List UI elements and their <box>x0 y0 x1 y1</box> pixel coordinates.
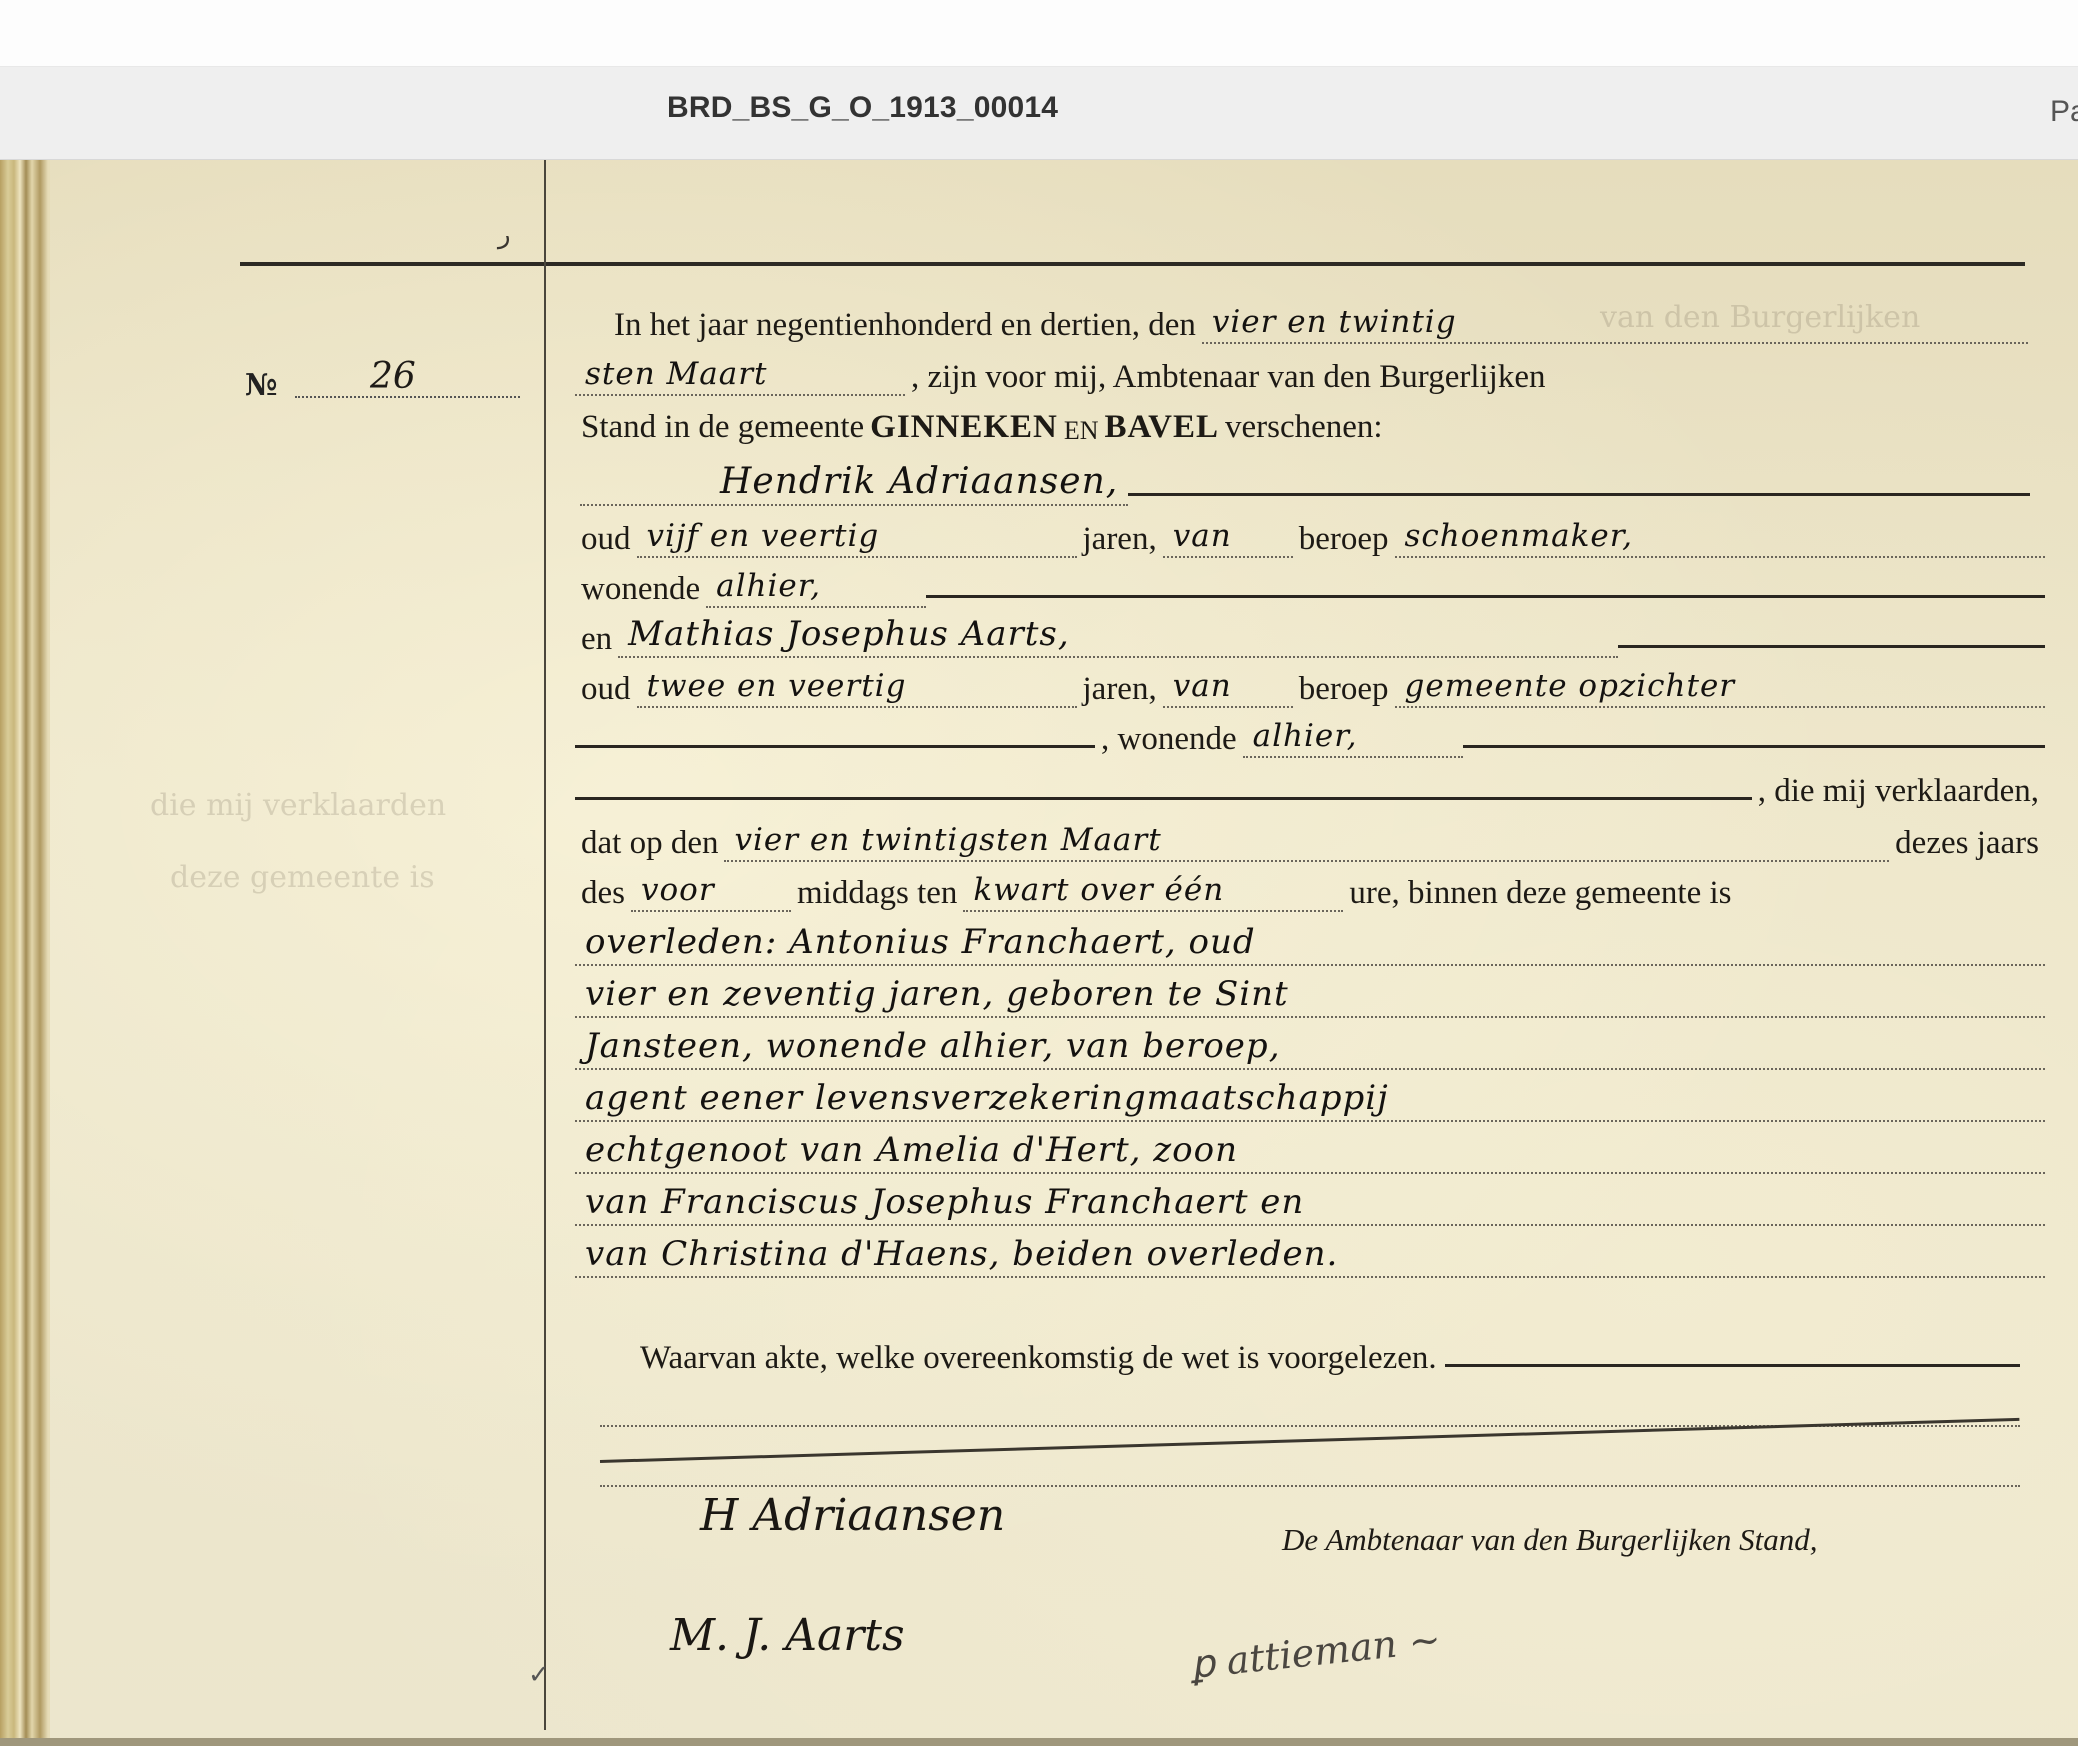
document-viewer[interactable]: van den Burgerlijken die mij verklaarden… <box>0 160 2078 1746</box>
text-line-13: overleden: Antonius Franchaert, oud <box>575 920 2045 966</box>
handwritten-text: van <box>1163 518 1293 558</box>
text-line-6: wonende alhier, <box>575 562 2045 608</box>
record-number-label: № <box>245 368 278 403</box>
fill-rule <box>1445 1363 2020 1367</box>
printed-text: , die mij verklaarden, <box>1752 773 2045 810</box>
printed-text: , zijn voor mij, Ambtenaar van den Burge… <box>905 359 1552 396</box>
fill-rule <box>1618 644 2045 648</box>
municipality-name: GINNEKEN <box>870 409 1058 446</box>
printed-text: oud <box>575 671 637 708</box>
closing-statement: Waarvan akte, welke overeenkomstig de we… <box>640 1340 2020 1377</box>
column-divider <box>544 160 546 1730</box>
dotted-rule <box>600 1485 2020 1487</box>
printed-text: In het jaar negentienhonderd en dertien,… <box>608 307 1202 344</box>
handwritten-text: vier en zeventig jaren, geboren te Sint <box>575 974 2045 1018</box>
printed-text: dezes jaars <box>1889 825 2045 862</box>
text-line-1: In het jaar negentienhonderd en dertien,… <box>608 298 2028 344</box>
printed-text: EN <box>1058 416 1105 446</box>
handwritten-text: Jansteen, wonende alhier, van beroep, <box>575 1026 2045 1070</box>
handwritten-residence: alhier, <box>1243 718 1463 758</box>
scanned-page: van den Burgerlijken die mij verklaarden… <box>0 160 2078 1746</box>
printed-text: ure, binnen deze gemeente is <box>1343 875 1737 912</box>
handwritten-text: voor <box>631 872 791 912</box>
printed-text: Waarvan akte, welke overeenkomstig de we… <box>640 1340 1437 1377</box>
text-line-18: van Franciscus Josephus Franchaert en <box>575 1180 2045 1226</box>
text-line-3: Stand in de gemeente GINNEKEN EN BAVEL v… <box>575 400 2045 446</box>
text-line-2: sten Maart , zijn voor mij, Ambtenaar va… <box>575 350 2045 396</box>
handwritten-declarant-2: Mathias Josephus Aarts, <box>618 614 1618 658</box>
handwritten-month: sten Maart <box>575 356 905 396</box>
handwritten-text: van Franciscus Josephus Franchaert en <box>575 1182 2045 1226</box>
text-line-12: des voor middags ten kwart over één ure,… <box>575 866 2045 912</box>
text-line-17: echtgenoot van Amelia d'Hert, zoon <box>575 1128 2045 1174</box>
text-line-16: agent eener levensverzekeringmaatschappi… <box>575 1076 2045 1122</box>
signature-declarant-2: M. J. Aarts <box>670 1610 905 1661</box>
handwritten-declarant-1: Hendrik Adriaansen, <box>580 461 1128 506</box>
text-line-19: van Christina d'Haens, beiden overleden. <box>575 1232 2045 1278</box>
printed-text: Stand in de gemeente <box>575 409 870 446</box>
fill-rule <box>1463 744 2045 748</box>
handwritten-text: van <box>1163 668 1293 708</box>
page-edge <box>0 1738 2078 1746</box>
printed-text: beroep <box>1293 521 1395 558</box>
official-title: De Ambtenaar van den Burgerlijken Stand, <box>1282 1522 1818 1558</box>
margin-mark-check: ✓ <box>528 1660 550 1690</box>
book-spine <box>0 160 50 1746</box>
handwritten-age: vijf en veertig <box>637 518 1077 558</box>
text-line-7: en Mathias Josephus Aarts, <box>575 612 2045 658</box>
bleed-through-text: die mij verklaarden <box>150 788 446 823</box>
text-line-5: oud vijf en veertig jaren, van beroep sc… <box>575 512 2045 558</box>
handwritten-age: twee en veertig <box>637 668 1077 708</box>
signature-official: ꝑ attieman ~ <box>1188 1617 1442 1687</box>
fill-rule <box>575 796 1752 800</box>
printed-text: verschenen: <box>1219 409 1389 446</box>
text-line-9: , wonende alhier, <box>575 712 2045 758</box>
handwritten-date-of-death: vier en twintigsten Maart <box>724 822 1889 862</box>
fill-rule <box>1128 492 2030 496</box>
handwritten-text: agent eener levensverzekeringmaatschappi… <box>575 1078 2045 1122</box>
printed-text: jaren, <box>1077 521 1163 558</box>
signature-declarant-1: H Adriaansen <box>700 1490 1005 1541</box>
printed-text: des <box>575 875 631 912</box>
handwritten-deceased: overleden: Antonius Franchaert, oud <box>575 922 2045 966</box>
page-indicator[interactable]: Pa <box>2050 95 2078 129</box>
record-number: 26 <box>370 356 416 397</box>
top-rule <box>240 262 2025 266</box>
handwritten-residence: alhier, <box>706 568 926 608</box>
text-line-15: Jansteen, wonende alhier, van beroep, <box>575 1024 2045 1070</box>
handwritten-occupation: schoenmaker, <box>1395 518 2046 558</box>
printed-text: middags ten <box>791 875 963 912</box>
printed-text: oud <box>575 521 637 558</box>
text-line-4: Hendrik Adriaansen, <box>580 460 2030 506</box>
handwritten-day: vier en twintig <box>1202 304 2028 344</box>
text-line-8: oud twee en veertig jaren, van beroep ge… <box>575 662 2045 708</box>
fill-rule <box>926 594 2045 598</box>
handwritten-time: kwart over één <box>963 872 1343 912</box>
viewer-header: BRD_BS_G_O_1913_00014 Pa <box>0 67 2078 160</box>
printed-text: dat op den <box>575 825 724 862</box>
printed-text: wonende <box>575 571 706 608</box>
municipality-name: BAVEL <box>1105 409 1219 446</box>
text-line-10: , die mij verklaarden, <box>575 764 2045 810</box>
printed-text: , wonende <box>1095 721 1243 758</box>
printed-text: beroep <box>1293 671 1395 708</box>
text-line-14: vier en zeventig jaren, geboren te Sint <box>575 972 2045 1018</box>
margin-mark-top: ر <box>498 220 511 250</box>
handwritten-text: van Christina d'Haens, beiden overleden. <box>575 1234 2045 1278</box>
text-line-11: dat op den vier en twintigsten Maart dez… <box>575 816 2045 862</box>
document-title: BRD_BS_G_O_1913_00014 <box>667 91 1058 125</box>
fill-rule <box>575 744 1095 748</box>
bleed-through-text: deze gemeente is <box>170 860 435 895</box>
handwritten-occupation: gemeente opzichter <box>1395 668 2046 708</box>
printed-text: en <box>575 621 618 658</box>
handwritten-text: echtgenoot van Amelia d'Hert, zoon <box>575 1130 2045 1174</box>
printed-text: jaren, <box>1077 671 1163 708</box>
browser-top-area <box>0 0 2078 67</box>
